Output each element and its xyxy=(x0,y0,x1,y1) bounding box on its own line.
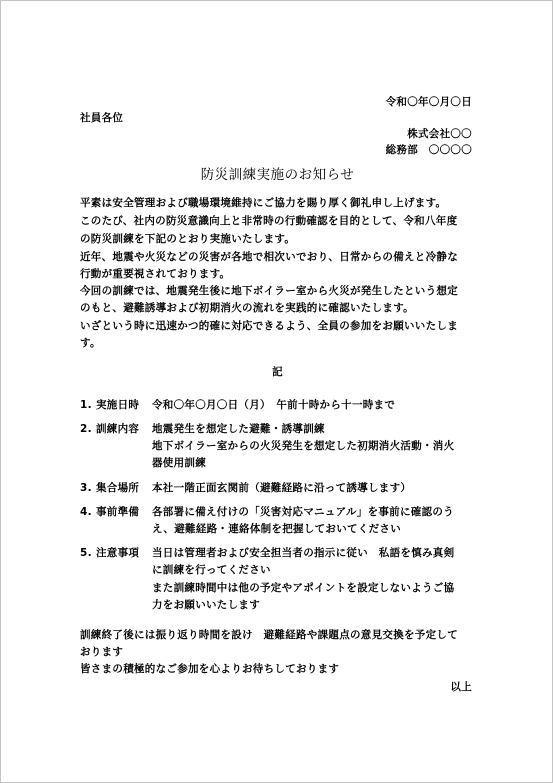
body-line: いざという時に迅速かつ的確に対応できるよう、全員の参加をお願いいたしま xyxy=(80,319,458,333)
addressee: 社員各位 xyxy=(80,111,123,125)
item-number: 5. xyxy=(80,546,92,560)
body-line: 平素は安全管理および職場環境維持にご協力を賜り厚く御礼申し上げます。 xyxy=(80,196,446,210)
body-line: このたび、社内の防災意識向上と非常時の行動確認を目的として、令和八年度 xyxy=(80,214,457,228)
body-line: の防災訓練を下記のとおり実施いたします。 xyxy=(80,232,295,246)
document-date: 令和〇年〇月〇日 xyxy=(386,95,472,109)
item-value: に訓練を行ってください xyxy=(152,563,271,577)
item-label: 事前準備 xyxy=(96,505,139,519)
item-value: 地震発生を想定した避難・誘導訓練 xyxy=(152,422,325,436)
item-number: 3. xyxy=(80,481,92,495)
closing-line: 皆さまの積極的なご参加を心よりお待ちしております xyxy=(80,662,339,676)
item-value: 器使用訓練 xyxy=(152,456,206,470)
body-line: 今回の訓練では、地震発生後に地下ボイラー室から火災が発生したという想定 xyxy=(80,284,458,298)
item-value: 本社一階正面玄関前（避難経路に沿って誘導します） xyxy=(152,481,411,495)
body-line: す。 xyxy=(80,336,101,350)
item-number: 1. xyxy=(80,398,92,412)
item-label: 集合場所 xyxy=(96,481,139,495)
item-number: 4. xyxy=(80,505,92,519)
end-mark: 以上 xyxy=(450,680,472,694)
item-value: 当日は管理者および安全担当者の指示に従い 私語を慎み真剣 xyxy=(152,546,454,560)
item-number: 2. xyxy=(80,422,92,436)
item-value: え、避難経路・連絡体制を把握しておいてください xyxy=(152,522,401,536)
item-label: 実施日時 xyxy=(96,398,139,412)
body-line: 近年、地震や火災などの災害が各地で相次いでおり、日常からの備えと冷静な xyxy=(80,250,458,264)
item-label: 訓練内容 xyxy=(96,422,139,436)
ki-heading: 記 xyxy=(1,365,553,379)
item-value: 地下ボイラー室からの火災発生を想定した初期消火活動・消火 xyxy=(152,439,454,453)
page-title: 防災訓練実施のお知らせ xyxy=(1,168,553,182)
department-sender: 総務部 〇〇〇〇 xyxy=(386,143,472,157)
item-value: また訓練時間中は他の予定やアポイントを設定しないようご協 xyxy=(152,581,454,595)
item-value: 力をお願いいたします xyxy=(152,598,260,612)
document-page: 令和〇年〇月〇日 社員各位 株式会社〇〇 総務部 〇〇〇〇 防災訓練実施のお知ら… xyxy=(0,0,553,783)
body-line: 行動が重要視されております。 xyxy=(80,267,230,281)
item-value: 令和〇年〇月〇日（月） 午前十時から十一時まで xyxy=(152,398,395,412)
item-label: 注意事項 xyxy=(96,546,139,560)
closing-line: おります xyxy=(80,645,123,659)
closing-line: 訓練終了後には振り返り時間を設け 避難経路や課題点の意見交換を予定して xyxy=(80,628,458,642)
item-value: 各部署に備え付けの「災害対応マニュアル」を事前に確認のう xyxy=(152,505,454,519)
company-name: 株式会社〇〇 xyxy=(407,127,472,141)
body-line: のもと、避難誘導および初期消火の流れを実践的に確認いたします。 xyxy=(80,301,414,315)
